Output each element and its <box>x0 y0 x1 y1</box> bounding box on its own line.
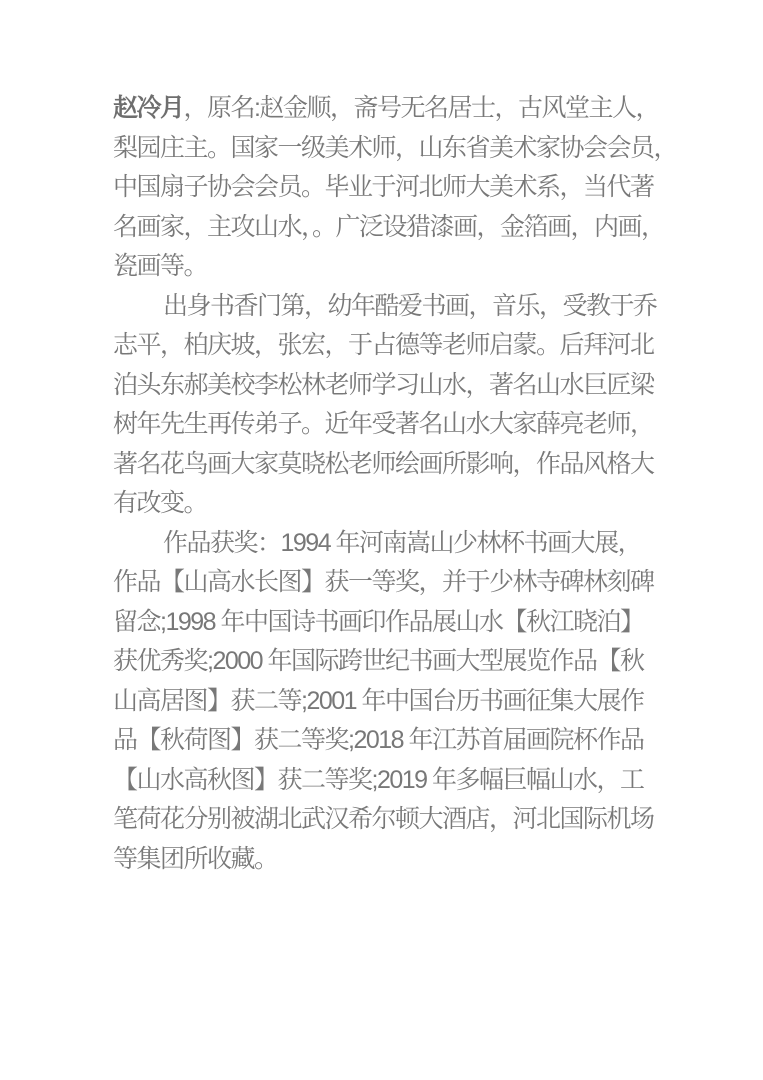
text-line: 获优秀奖;2000 年国际跨世纪书画大型展览作品【秋 <box>113 642 673 682</box>
text-line: 留念;1998 年中国诗书画印作品展山水【秋江晓泊】 <box>113 603 673 643</box>
text-line: 赵冷月，原名:赵金顺，斋号无名居士，古风堂主人， <box>113 89 673 129</box>
text-line: 志平，柏庆坡，张宏，于占德等老师启蒙。后拜河北 <box>113 326 673 366</box>
biography-article: 赵冷月，原名:赵金顺，斋号无名居士，古风堂主人， 梨园庄主。国家一级美术师，山东… <box>113 89 673 879</box>
text-line: 山高居图】获二等;2001 年中国台历书画征集大展作 <box>113 682 673 722</box>
paragraph-background: 出身书香门第，幼年酷爱书画，音乐，受教于乔 志平，柏庆坡，张宏，于占德等老师启蒙… <box>113 287 673 524</box>
text-line: 出身书香门第，幼年酷爱书画，音乐，受教于乔 <box>113 287 673 327</box>
text-line: 【山水高秋图】获二等奖;2019 年多幅巨幅山水，工 <box>113 761 673 801</box>
text-line: 瓷画等。 <box>113 247 673 287</box>
text-line: 品【秋荷图】获二等奖;2018 年江苏首届画院杯作品 <box>113 721 673 761</box>
paragraph-intro: 赵冷月，原名:赵金顺，斋号无名居士，古风堂主人， 梨园庄主。国家一级美术师，山东… <box>113 89 673 287</box>
text-line: 笔荷花分别被湖北武汉希尔顿大酒店，河北国际机场 <box>113 800 673 840</box>
text-line: 作品【山高水长图】获一等奖，并于少林寺碑林刻碑 <box>113 563 673 603</box>
text-line: 泊头东郝美校李松林老师学习山水，著名山水巨匠梁 <box>113 366 673 406</box>
text-line: 名画家，主攻山水，。广泛设猎漆画，金箔画，内画， <box>113 208 673 248</box>
author-name: 赵冷月 <box>113 94 184 122</box>
text-line-rest: ，原名:赵金顺，斋号无名居士，古风堂主人， <box>184 94 659 122</box>
paragraph-awards: 作品获奖：1994 年河南嵩山少林杯书画大展， 作品【山高水长图】获一等奖，并于… <box>113 524 673 880</box>
document-page: 赵冷月，原名:赵金顺，斋号无名居士，古风堂主人， 梨园庄主。国家一级美术师，山东… <box>0 0 763 1080</box>
text-line: 等集团所收藏。 <box>113 840 673 880</box>
text-line: 梨园庄主。国家一级美术师，山东省美术家协会会员， <box>113 129 673 169</box>
text-line: 有改变。 <box>113 484 673 524</box>
text-line: 著名花鸟画大家莫晓松老师绘画所影响，作品风格大 <box>113 445 673 485</box>
text-line: 树年先生再传弟子。近年受著名山水大家薛亮老师， <box>113 405 673 445</box>
text-line: 中国扇子协会会员。毕业于河北师大美术系，当代著 <box>113 168 673 208</box>
text-line: 作品获奖：1994 年河南嵩山少林杯书画大展， <box>113 524 673 564</box>
